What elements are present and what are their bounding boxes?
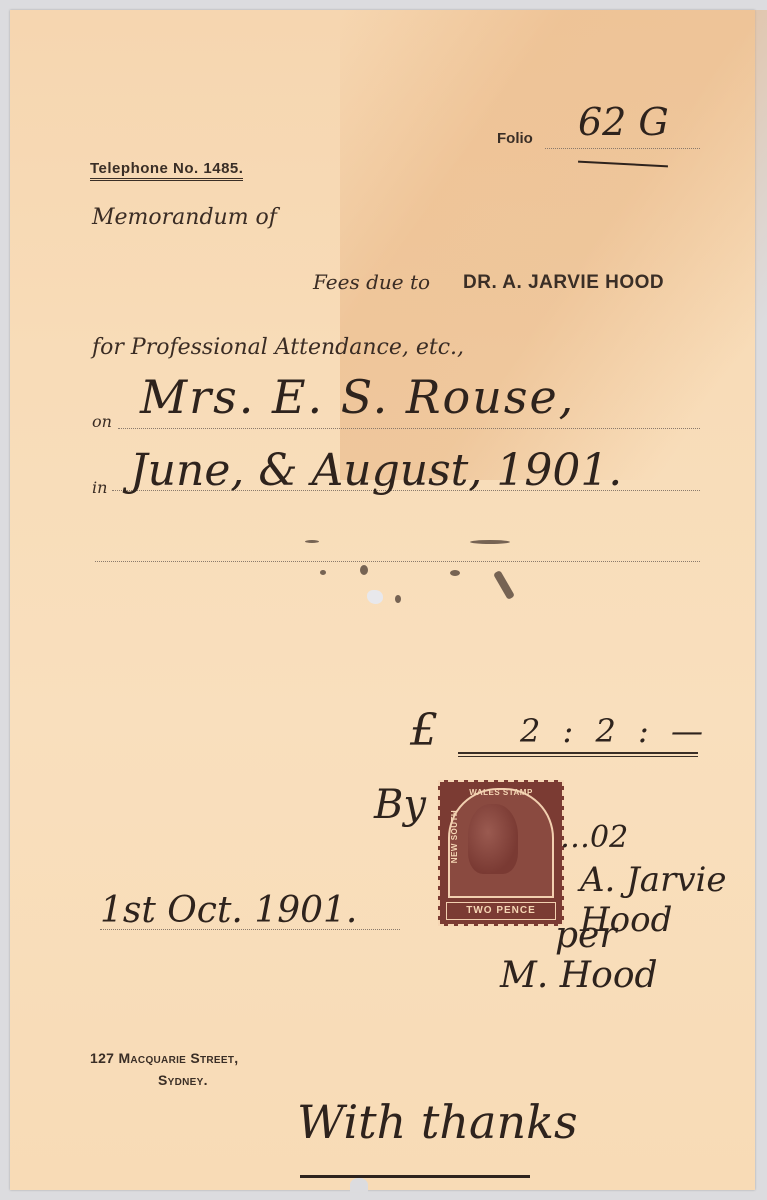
- signature-per: per: [555, 915, 617, 956]
- in-label: in: [92, 478, 107, 497]
- paper-tear: [350, 1178, 368, 1192]
- ink-blot: [305, 540, 319, 543]
- folio-label: Folio: [497, 130, 533, 147]
- telephone-number: Telephone No. 1485.: [90, 160, 243, 181]
- ink-blot: [470, 540, 510, 544]
- folio-dotted-line: [545, 148, 700, 149]
- address-city: Sydney.: [158, 1072, 208, 1088]
- ink-blot: [450, 570, 460, 576]
- patient-dotted-line: [118, 428, 700, 429]
- doctor-name: DR. A. JARVIE HOOD: [463, 272, 664, 294]
- ink-blot: [360, 565, 368, 575]
- amount-underline: [458, 752, 698, 757]
- fees-due-label: Fees due to: [313, 270, 430, 294]
- revenue-stamp: WALES STAMP NEW SOUTH DUTY TWO PENCE: [438, 780, 564, 926]
- receipt-date: 1st Oct. 1901.: [100, 890, 357, 931]
- signature-line-3: M. Hood: [500, 955, 658, 996]
- ink-blot: [320, 570, 326, 575]
- closing-underline: [300, 1175, 530, 1178]
- patient-name: Mrs. E. S. Rouse,: [140, 370, 575, 424]
- stamp-value: TWO PENCE: [446, 902, 556, 920]
- memorandum-heading: Memorandum of: [92, 205, 277, 230]
- amount-value: 2 : 2 : —: [520, 712, 709, 750]
- stamp-left-text: NEW SOUTH: [450, 810, 459, 863]
- service-period: June, & August, 1901.: [130, 445, 622, 496]
- blank-dotted-line: [95, 561, 700, 562]
- stamp-arc-text: WALES STAMP: [440, 788, 562, 797]
- address-street: 127 Macquarie Street,: [90, 1050, 238, 1066]
- closing-with-thanks: With thanks: [297, 1095, 578, 1149]
- folio-value: 62 G: [578, 100, 669, 144]
- on-label: on: [92, 412, 112, 431]
- pound-symbol: £: [410, 705, 438, 756]
- received-by-label: By: [374, 782, 426, 828]
- professional-attendance-line: for Professional Attendance, etc.,: [92, 335, 464, 360]
- signature-line-1: …02: [560, 820, 628, 855]
- ink-blot: [395, 595, 401, 603]
- queen-portrait-icon: [468, 804, 518, 874]
- paper-hole: [367, 590, 383, 604]
